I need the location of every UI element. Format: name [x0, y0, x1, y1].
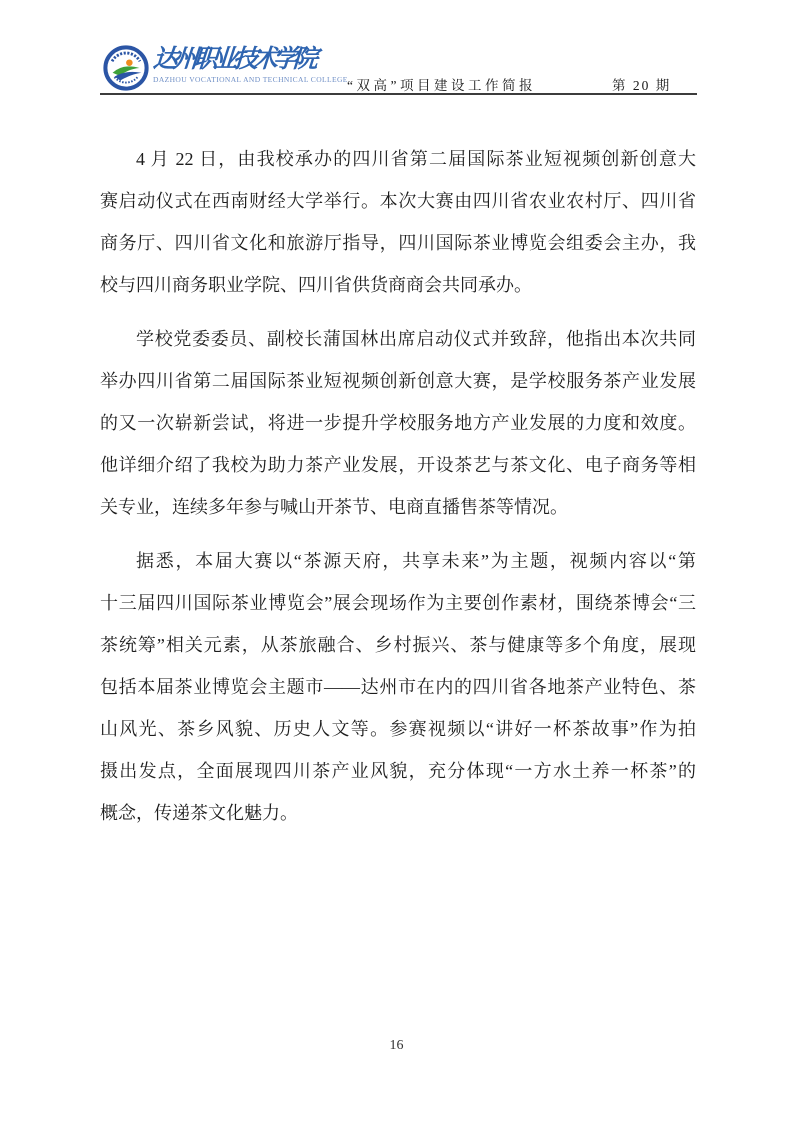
college-name-block: 达州职业技术学院 DAZHOU VOCATIONAL AND TECHNICAL… [153, 46, 353, 84]
bulletin-title: “双高”项目建设工作简报 [347, 74, 536, 94]
paragraph: 据悉，本届大赛以“茶源天府，共享未来”为主题，视频内容以“第十三届四川国际茶业博… [100, 540, 696, 834]
page-header: 达州职业技术学院 DAZHOU VOCATIONAL AND TECHNICAL… [0, 0, 793, 96]
text-line: 商务厅、四川省文化和旅游厅指导，四川国际茶业博览会组委会主办，我 [100, 222, 696, 264]
text-line: 十三届四川国际茶业博览会”展会现场作为主要创作素材，围绕茶博会“三 [100, 582, 696, 624]
text-line: 校与四川商务职业学院、四川省供货商商会共同承办。 [100, 264, 696, 306]
text-line: 据悉，本届大赛以“茶源天府，共享未来”为主题，视频内容以“第 [100, 540, 696, 582]
college-name-en: DAZHOU VOCATIONAL AND TECHNICAL COLLEGE [153, 75, 353, 84]
text-line: 关专业，连续多年参与喊山开茶节、电商直播售茶等情况。 [100, 486, 696, 528]
text-line: 摄出发点，全面展现四川茶产业风貌，充分体现“一方水土养一杯茶”的 [100, 750, 696, 792]
text-line: 学校党委委员、副校长蒲国林出席启动仪式并致辞，他指出本次共同 [100, 318, 696, 360]
text-line: 赛启动仪式在西南财经大学举行。本次大赛由四川省农业农村厅、四川省 [100, 180, 696, 222]
college-name-zh: 达州职业技术学院 [152, 46, 354, 74]
text-line: 4 月 22 日，由我校承办的四川省第二届国际茶业短视频创新创意大 [100, 138, 696, 180]
header-divider [100, 93, 697, 95]
page-footer: 16 [0, 1038, 793, 1054]
paragraph: 学校党委委员、副校长蒲国林出席启动仪式并致辞，他指出本次共同举办四川省第二届国际… [100, 318, 696, 528]
bulletin-page: 达州职业技术学院 DAZHOU VOCATIONAL AND TECHNICAL… [0, 0, 793, 1122]
text-line: 举办四川省第二届国际茶业短视频创新创意大赛，是学校服务茶产业发展 [100, 360, 696, 402]
text-line: 他详细介绍了我校为助力茶产业发展，开设茶艺与茶文化、电子商务等相 [100, 444, 696, 486]
page-number: 16 [390, 1038, 404, 1053]
issue-number: 第 20 期 [612, 74, 671, 94]
text-line: 山风光、茶乡风貌、历史人文等。参赛视频以“讲好一杯茶故事”作为拍 [100, 708, 696, 750]
text-line: 包括本届茶业博览会主题市——达州市在内的四川省各地茶产业特色、茶 [100, 666, 696, 708]
paragraph: 4 月 22 日，由我校承办的四川省第二届国际茶业短视频创新创意大赛启动仪式在西… [100, 138, 696, 306]
text-line: 茶统筹”相关元素，从茶旅融合、乡村振兴、茶与健康等多个角度，展现 [100, 624, 696, 666]
text-line: 概念，传递茶文化魅力。 [100, 792, 696, 834]
college-emblem-icon [103, 45, 149, 91]
document-body: 4 月 22 日，由我校承办的四川省第二届国际茶业短视频创新创意大赛启动仪式在西… [100, 138, 696, 846]
text-line: 的又一次崭新尝试，将进一步提升学校服务地方产业发展的力度和效度。 [100, 402, 696, 444]
